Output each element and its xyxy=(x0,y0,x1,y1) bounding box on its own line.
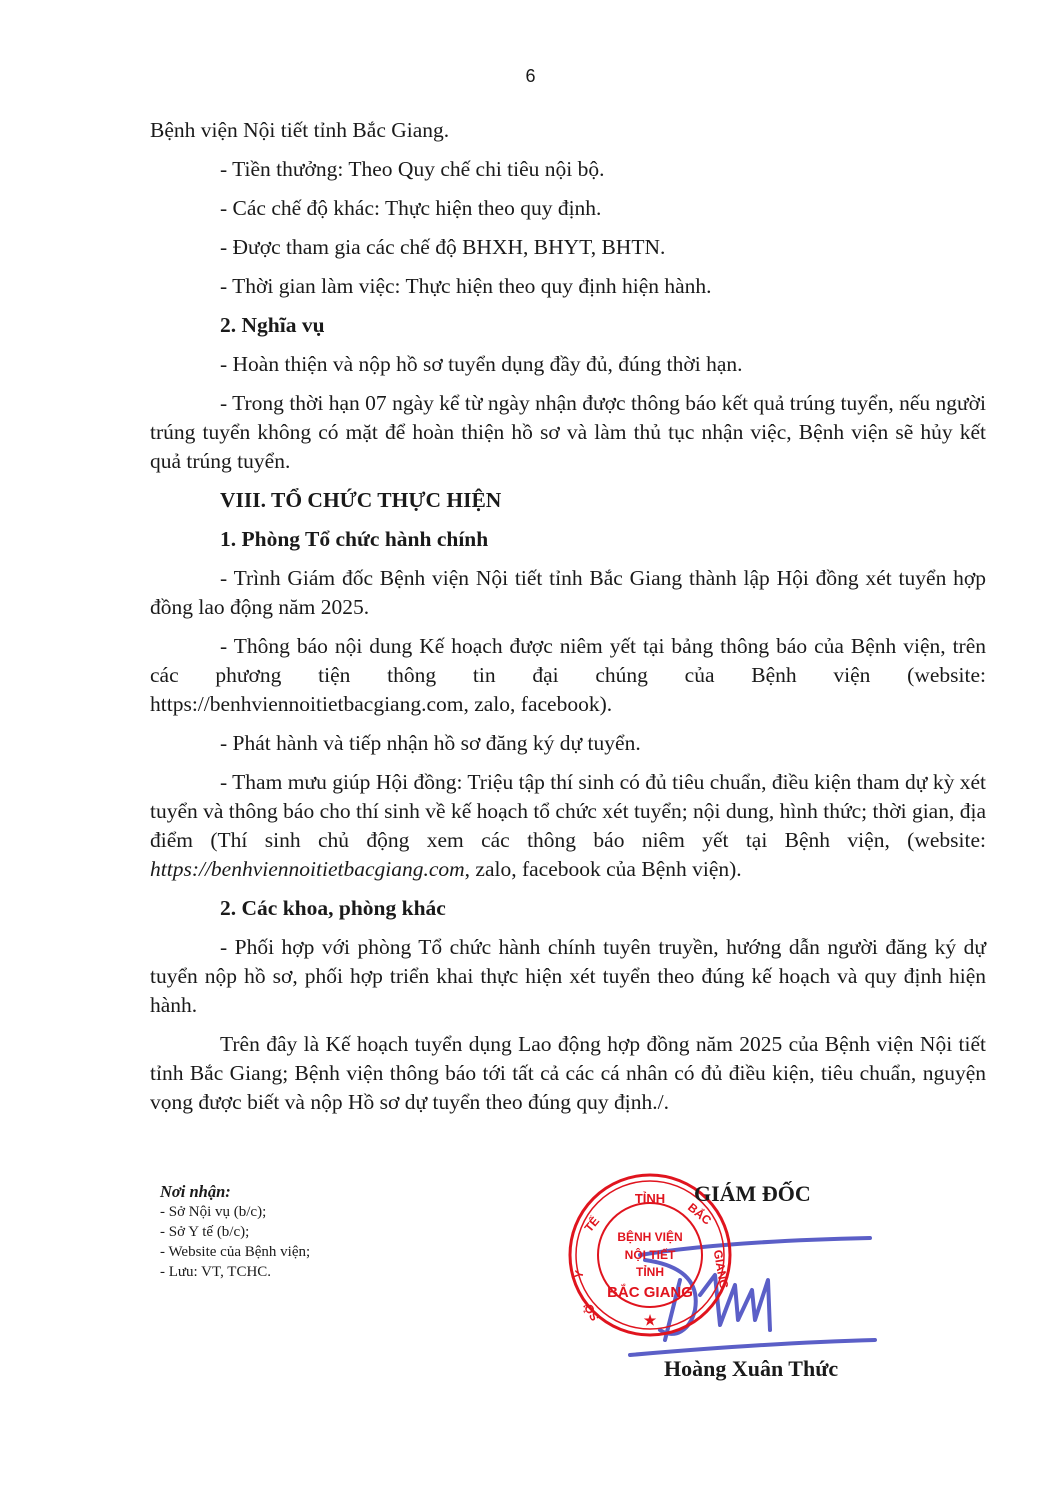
paragraph-issue-dossier: - Phát hành và tiếp nhận hồ sơ đăng ký d… xyxy=(150,729,986,758)
svg-text:SỞ: SỞ xyxy=(580,1300,602,1324)
heading-section-viii: VIII. TỔ CHỨC THỰC HIỆN xyxy=(150,486,986,515)
svg-text:Y: Y xyxy=(571,1269,586,1279)
svg-text:★: ★ xyxy=(644,1312,657,1328)
signature-block: TỈNH BẮC GIANG TẾ Y SỞ BỆNH VIỆN NỘI TIẾ… xyxy=(560,1160,880,1400)
paragraph-insurance: - Được tham gia các chế độ BHXH, BHYT, B… xyxy=(150,233,986,262)
recipient-item: - Website của Bệnh viện; xyxy=(160,1242,310,1262)
document-page: 6 Bệnh viện Nội tiết tỉnh Bắc Giang. - T… xyxy=(0,0,1061,1500)
director-title: GIÁM ĐỐC xyxy=(694,1181,811,1207)
heading-other-departments: 2. Các khoa, phòng khác xyxy=(150,894,986,923)
svg-text:TỈNH: TỈNH xyxy=(635,1191,665,1206)
paragraph-complete-dossier: - Hoàn thiện và nộp hồ sơ tuyển dụng đầy… xyxy=(150,350,986,379)
paragraph-announcement: - Thông báo nội dung Kế hoạch được niêm … xyxy=(150,632,986,719)
svg-text:NỘI TIẾT: NỘI TIẾT xyxy=(625,1247,676,1262)
svg-text:TỈNH: TỈNH xyxy=(636,1264,664,1279)
paragraph-coordinate: - Phối hợp với phòng Tổ chức hành chính … xyxy=(150,933,986,1020)
page-number: 6 xyxy=(0,66,1061,87)
paragraph-deadline: - Trong thời hạn 07 ngày kể từ ngày nhận… xyxy=(150,389,986,476)
advise-text-b: , zalo, facebook của Bệnh viện). xyxy=(465,857,742,881)
paragraph-bonus: - Tiền thưởng: Theo Quy chế chi tiêu nội… xyxy=(150,155,986,184)
svg-text:GIANG: GIANG xyxy=(711,1249,732,1290)
director-name: Hoàng Xuân Thức xyxy=(664,1356,838,1382)
svg-text:BẮC GIANG: BẮC GIANG xyxy=(607,1283,693,1301)
website-link[interactable]: https://benhviennoitietbacgiang.com xyxy=(150,857,465,881)
svg-text:TẾ: TẾ xyxy=(581,1213,602,1234)
recipient-item: - Sở Y tế (b/c); xyxy=(160,1222,310,1242)
recipient-item: - Sở Nội vụ (b/c); xyxy=(160,1202,310,1222)
svg-text:BỆNH VIỆN: BỆNH VIỆN xyxy=(617,1229,682,1244)
advise-text-a: - Tham mưu giúp Hội đồng: Triệu tập thí … xyxy=(150,770,986,852)
paragraph-working-time: - Thời gian làm việc: Thực hiện theo quy… xyxy=(150,272,986,301)
paragraph-council: - Trình Giám đốc Bệnh viện Nội tiết tỉnh… xyxy=(150,564,986,622)
heading-admin-department: 1. Phòng Tổ chức hành chính xyxy=(150,525,986,554)
recipients-title: Nơi nhận: xyxy=(160,1182,310,1202)
recipient-item: - Lưu: VT, TCHC. xyxy=(160,1262,310,1282)
recipients-block: Nơi nhận: - Sở Nội vụ (b/c); - Sở Y tế (… xyxy=(160,1182,310,1282)
document-body: Bệnh viện Nội tiết tỉnh Bắc Giang. - Tiề… xyxy=(150,116,986,1117)
paragraph-hospital-name: Bệnh viện Nội tiết tỉnh Bắc Giang. xyxy=(150,116,986,145)
paragraph-other-benefits: - Các chế độ khác: Thực hiện theo quy đị… xyxy=(150,194,986,223)
paragraph-conclusion: Trên đây là Kế hoạch tuyển dụng Lao động… xyxy=(150,1030,986,1117)
paragraph-advise-council: - Tham mưu giúp Hội đồng: Triệu tập thí … xyxy=(150,768,986,884)
heading-obligations: 2. Nghĩa vụ xyxy=(150,311,986,340)
